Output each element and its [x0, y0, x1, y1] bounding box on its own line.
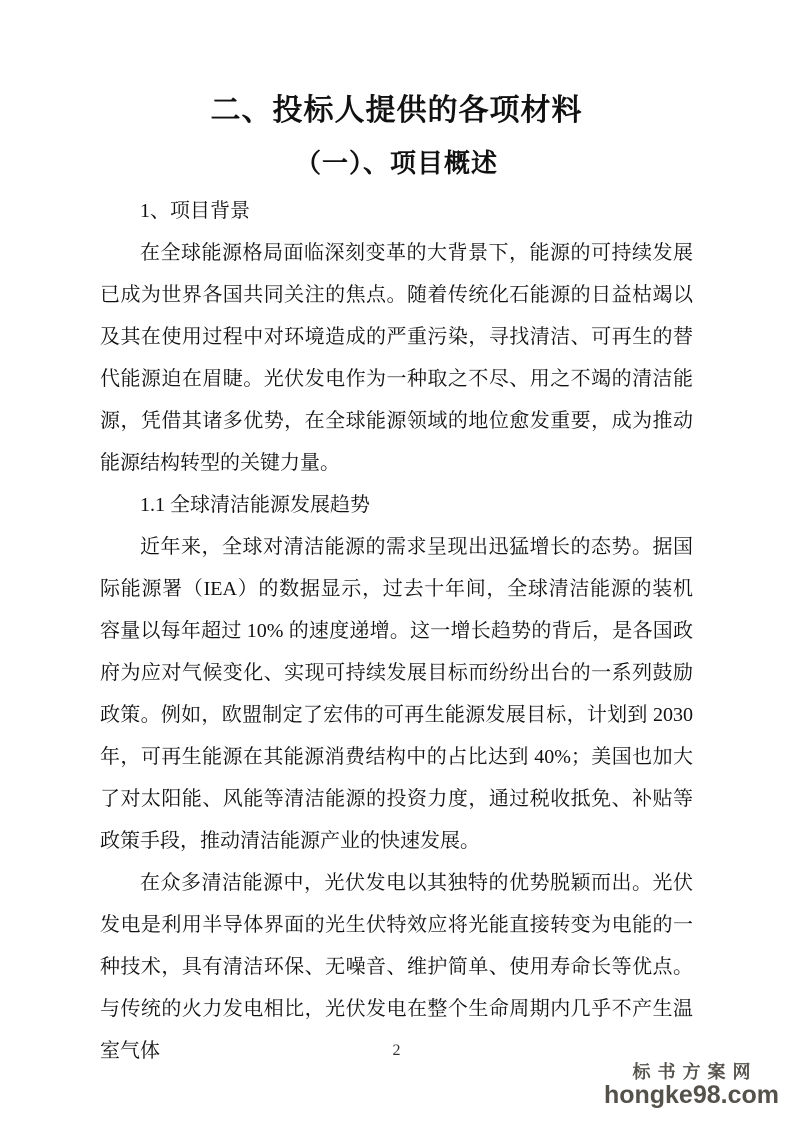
- page-footer: 2: [0, 1042, 793, 1060]
- paragraph-project-background: 在全球能源格局面临深刻变革的大背景下，能源的可持续发展已成为世界各国共同关注的焦…: [100, 232, 693, 484]
- document-page: 二、投标人提供的各项材料 （一）、项目概述 1、项目背景 在全球能源格局面临深刻…: [0, 0, 793, 1122]
- document-subtitle: （一）、项目概述: [100, 144, 693, 182]
- paragraph-pv-advantages: 在众多清洁能源中，光伏发电以其独特的优势脱颖而出。光伏发电是利用半导体界面的光生…: [100, 862, 693, 1072]
- heading-project-background: 1、项目背景: [100, 190, 693, 232]
- document-title: 二、投标人提供的各项材料: [100, 90, 693, 132]
- heading-global-clean-energy-trend: 1.1 全球清洁能源发展趋势: [100, 484, 693, 526]
- document-body: 1、项目背景 在全球能源格局面临深刻变革的大背景下，能源的可持续发展已成为世界各…: [100, 190, 693, 1072]
- watermark-site-name: 标书方案网: [604, 1063, 779, 1082]
- page-number: 2: [393, 1042, 401, 1059]
- paragraph-clean-energy-growth: 近年来，全球对清洁能源的需求呈现出迅猛增长的态势。据国际能源署（IEA）的数据显…: [100, 526, 693, 862]
- site-watermark: 标书方案网 hongke98.com: [604, 1063, 779, 1108]
- watermark-site-url: hongke98.com: [604, 1082, 779, 1108]
